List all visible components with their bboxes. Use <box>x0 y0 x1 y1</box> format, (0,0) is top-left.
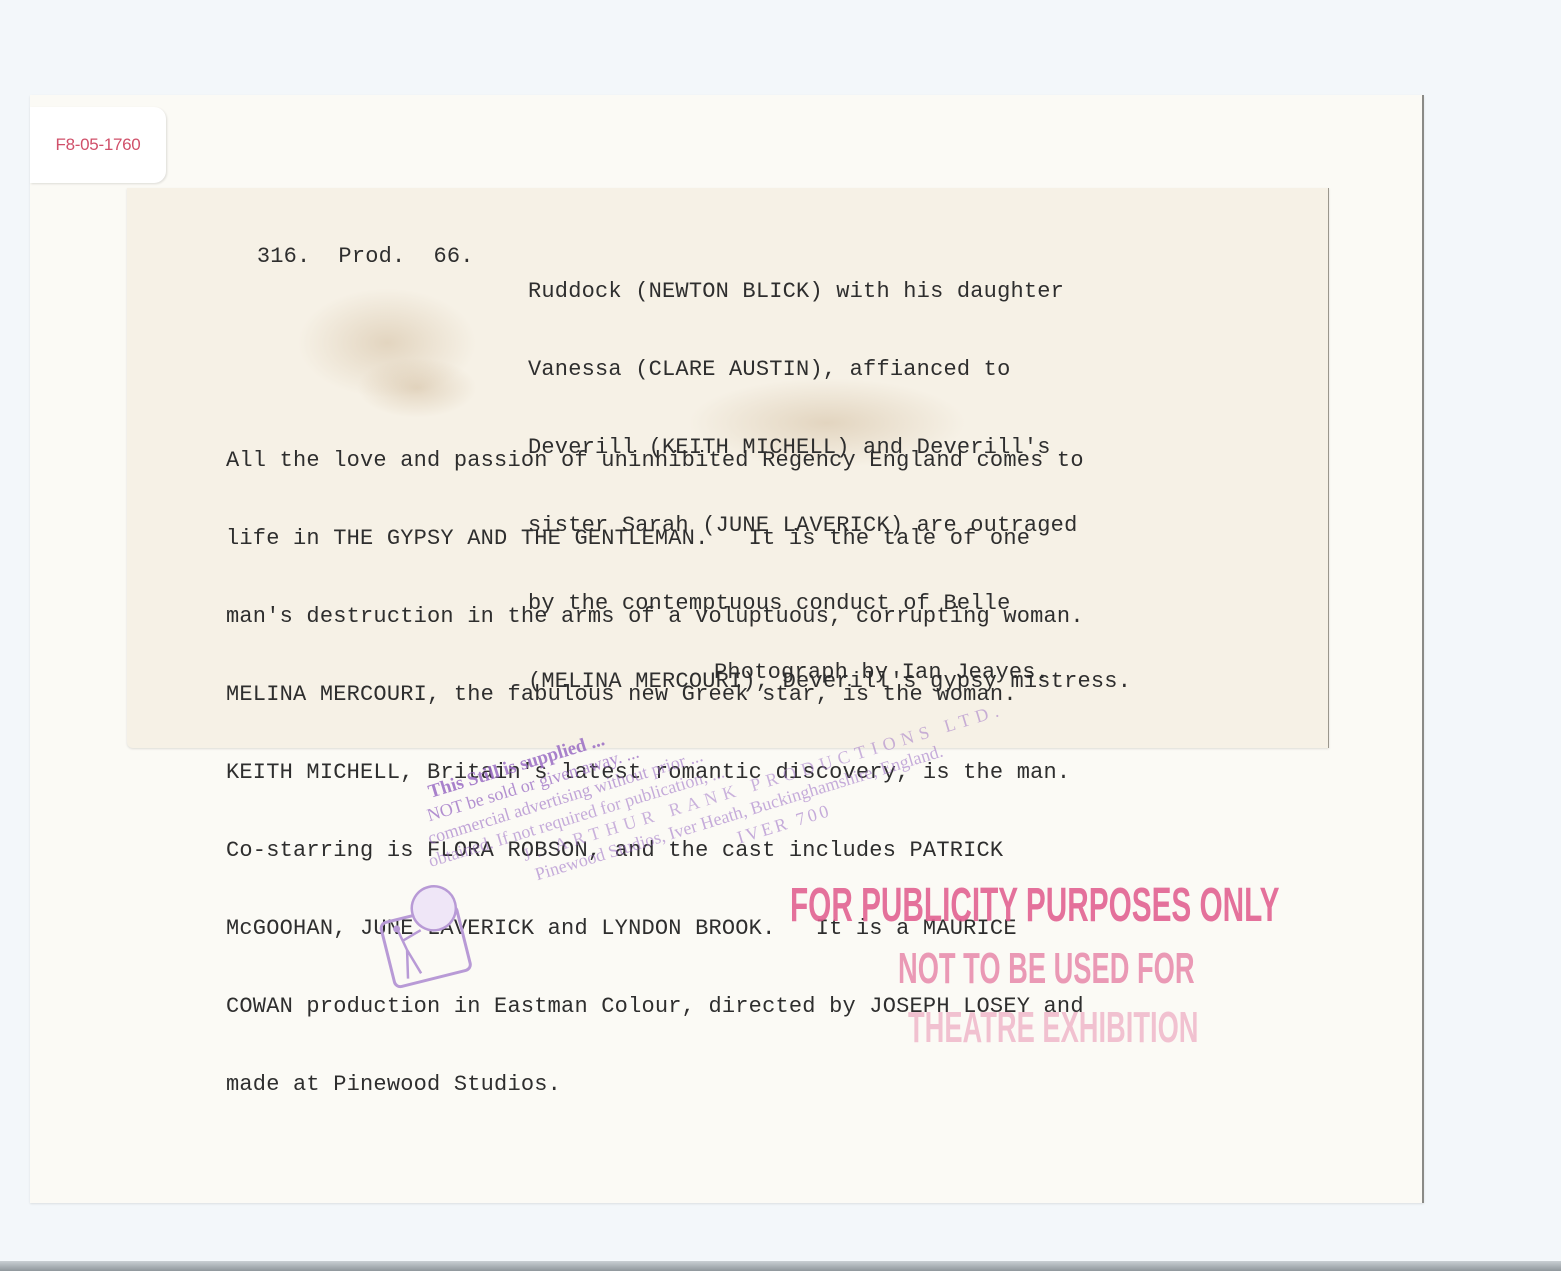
stamp-line: THEATRE EXHIBITION <box>908 1003 1198 1053</box>
text-line: All the love and passion of uninhibited … <box>226 448 1084 474</box>
text-line: Vanessa (CLARE AUSTIN), affianced to <box>528 357 1131 383</box>
stamp-line: FOR PUBLICITY PURPOSES ONLY <box>790 878 1279 933</box>
prod-label: Prod. <box>338 244 405 269</box>
still-reference: 316.Prod.66. <box>230 218 502 270</box>
scanner-edge <box>0 1261 1561 1271</box>
catalog-number: F8-05-1760 <box>56 135 141 155</box>
text-line: life in THE GYPSY AND THE GENTLEMAN. It … <box>226 526 1084 552</box>
catalog-label-tab: F8-05-1760 <box>30 107 166 183</box>
text-line: Ruddock (NEWTON BLICK) with his daughter <box>528 279 1131 305</box>
prod-number: 66. <box>433 244 473 269</box>
text-line: made at Pinewood Studios. <box>226 1072 1084 1098</box>
publicity-stamp: FOR PUBLICITY PURPOSES ONLY NOT TO BE US… <box>790 878 1330 1058</box>
stamp-line: NOT TO BE USED FOR <box>898 944 1195 994</box>
still-number: 316. <box>257 244 311 269</box>
